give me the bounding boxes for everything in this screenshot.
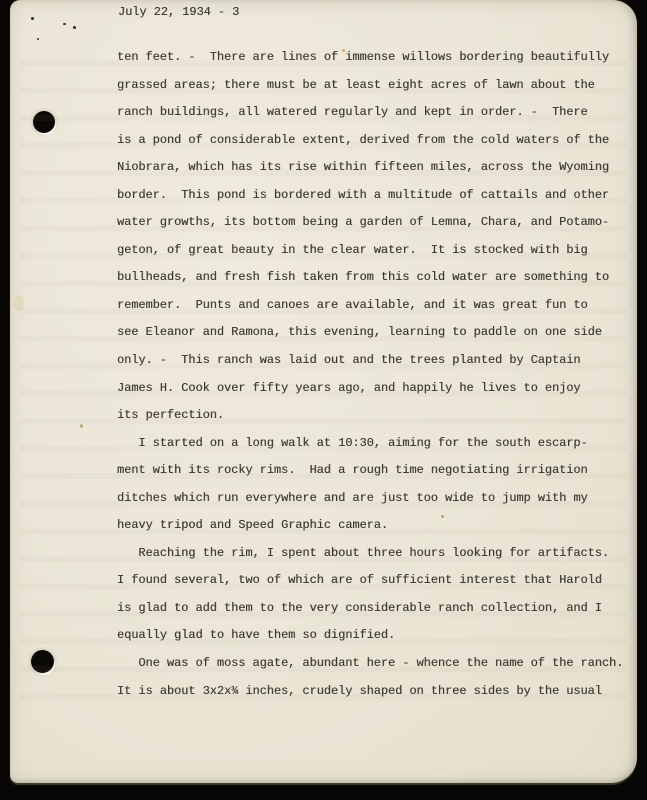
text-line: bullheads, and fresh fish taken from thi… xyxy=(117,264,623,292)
text-line: see Eleanor and Ramona, this evening, le… xyxy=(117,319,623,347)
text-line: remember. Punts and canoes are available… xyxy=(117,292,623,320)
hole-punch-bottom xyxy=(31,650,54,673)
text-line: only. - This ranch was laid out and the … xyxy=(117,347,623,375)
text-line: I started on a long walk at 10:30, aimin… xyxy=(117,430,623,458)
ink-speck xyxy=(63,23,66,25)
text-line: Niobrara, which has its rise within fift… xyxy=(117,154,623,182)
text-line: ment with its rocky rims. Had a rough ti… xyxy=(117,457,623,485)
text-line: ten feet. - There are lines of immense w… xyxy=(117,44,623,72)
scan-background: July 22, 1934 - 3 ten feet. - There are … xyxy=(0,0,647,800)
text-line: is glad to add them to the very consider… xyxy=(117,595,623,623)
text-line: Reaching the rim, I spent about three ho… xyxy=(117,540,623,568)
text-line: border. This pond is bordered with a mul… xyxy=(117,182,623,210)
text-line: geton, of great beauty in the clear wate… xyxy=(117,237,623,265)
paper-stain xyxy=(80,424,83,428)
ink-speck xyxy=(37,38,39,40)
text-line: heavy tripod and Speed Graphic camera. xyxy=(117,512,623,540)
page-header-date: July 22, 1934 - 3 xyxy=(118,5,239,19)
typewritten-text-block: ten feet. - There are lines of immense w… xyxy=(117,44,623,705)
text-line: its perfection. xyxy=(117,402,623,430)
text-line: water growths, its bottom being a garden… xyxy=(117,209,623,237)
text-line: ditches which run everywhere and are jus… xyxy=(117,485,623,513)
paper-stain xyxy=(14,295,24,311)
text-line: I found several, two of which are of suf… xyxy=(117,567,623,595)
hole-punch-top xyxy=(33,111,55,133)
text-line: It is about 3x2x¾ inches, crudely shaped… xyxy=(117,678,623,706)
text-line: is a pond of considerable extent, derive… xyxy=(117,127,623,155)
ink-speck xyxy=(31,17,34,20)
text-line: One was of moss agate, abundant here - w… xyxy=(117,650,623,678)
text-line: equally glad to have them so dignified. xyxy=(117,622,623,650)
ink-speck xyxy=(73,26,76,29)
text-line: grassed areas; there must be at least ei… xyxy=(117,72,623,100)
document-page: July 22, 1934 - 3 ten feet. - There are … xyxy=(10,0,637,783)
text-line: James H. Cook over fifty years ago, and … xyxy=(117,375,623,403)
text-line: ranch buildings, all watered regularly a… xyxy=(117,99,623,127)
